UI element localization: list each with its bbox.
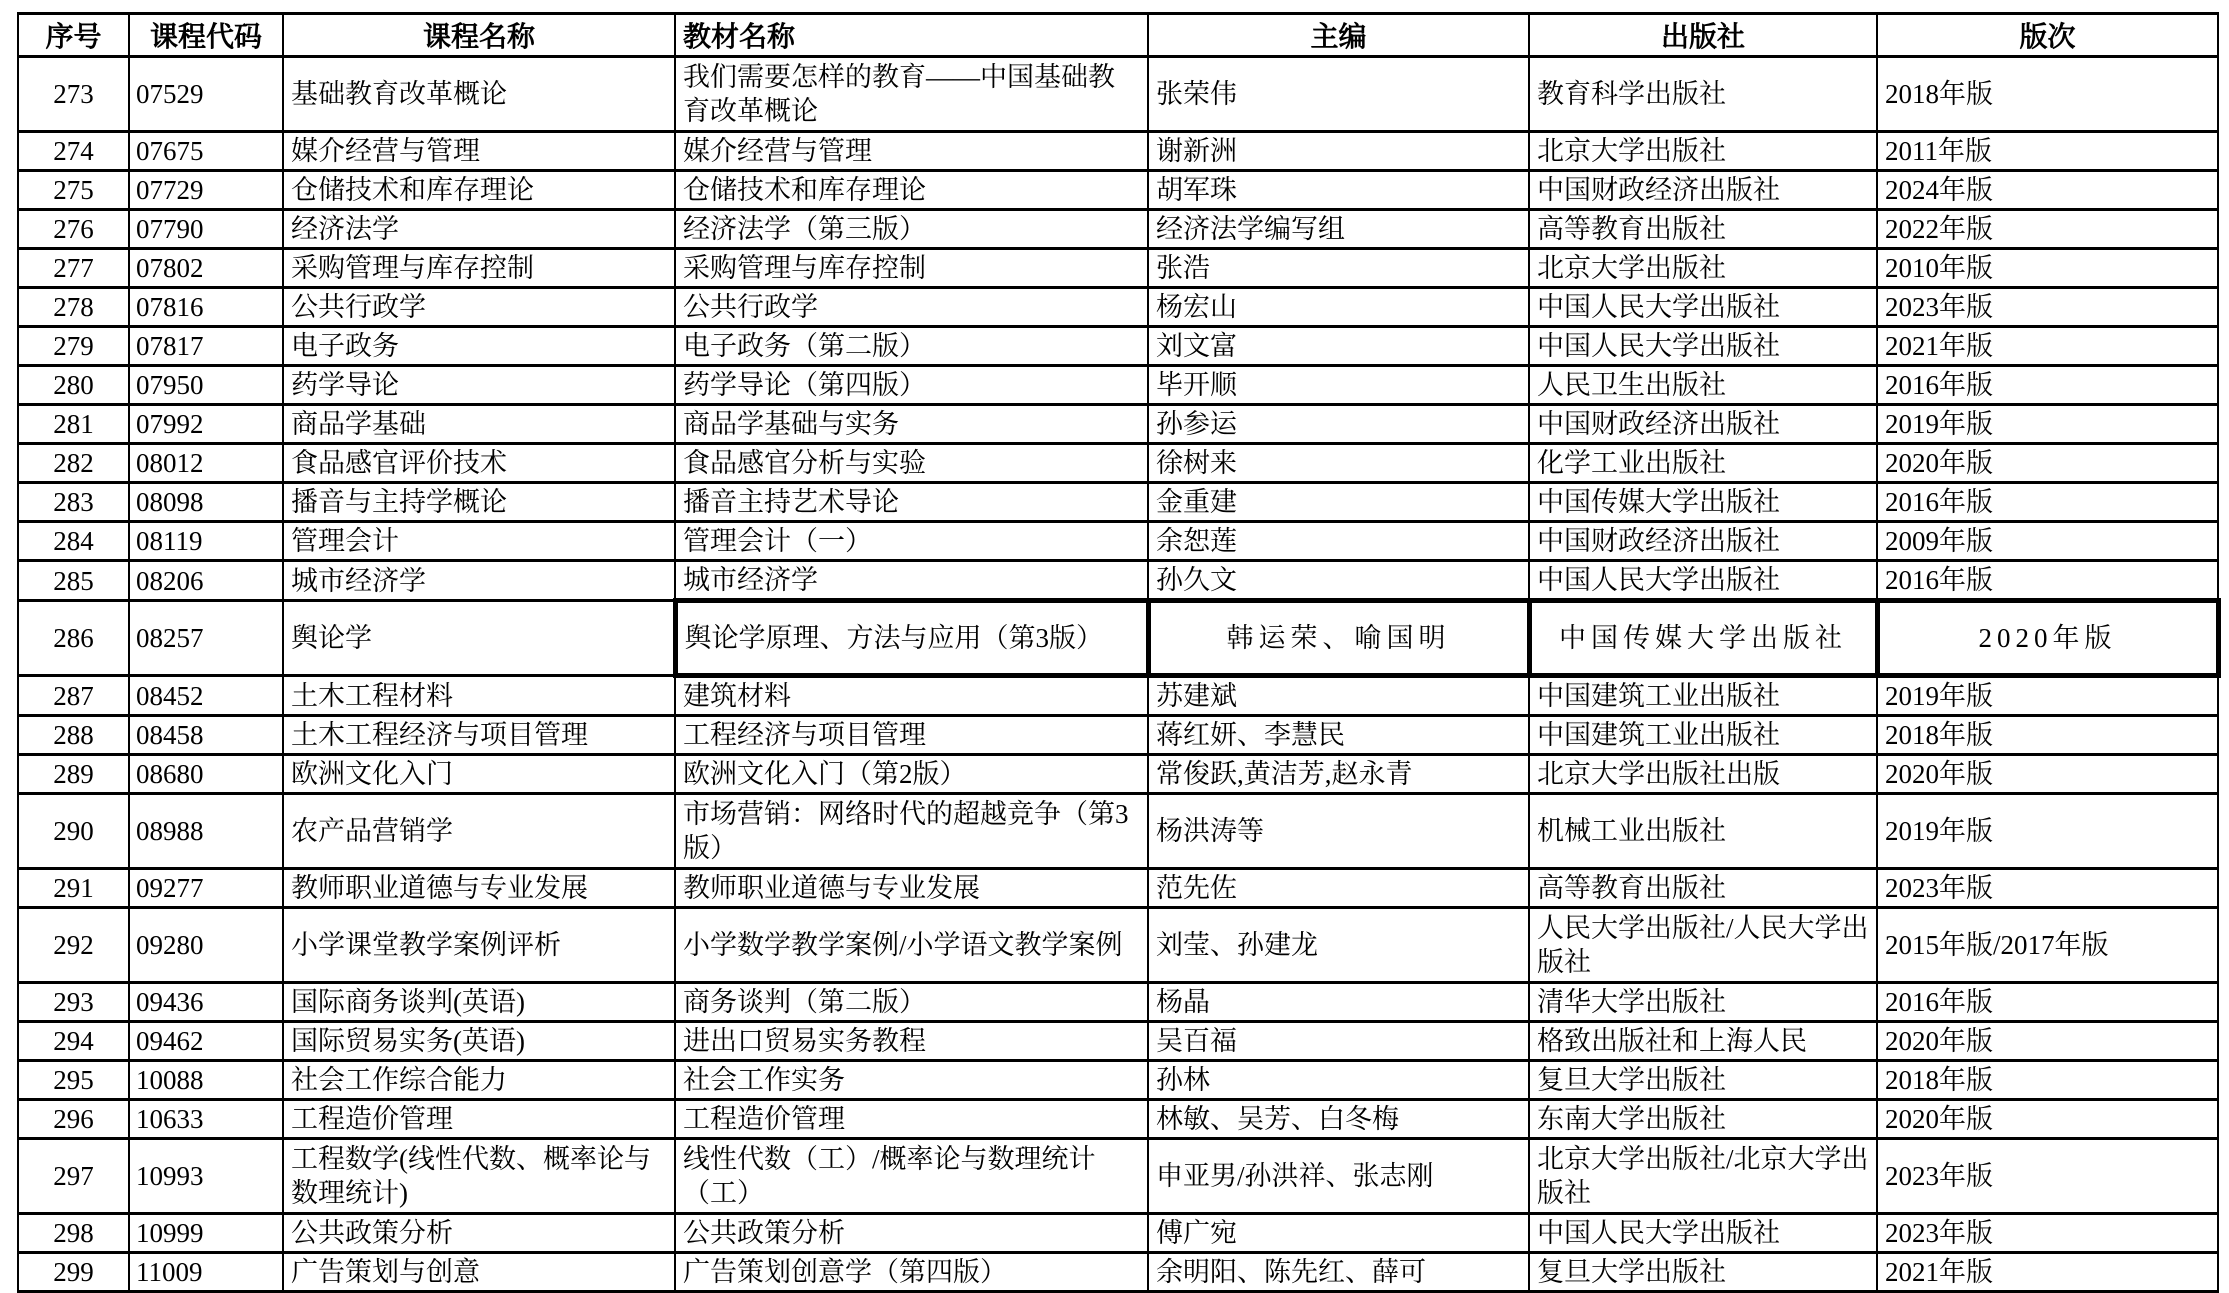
cell-edition: 2019年版 [1877,676,2218,716]
cell-textbook: 欧洲文化入门（第2版） [675,755,1148,794]
cell-course: 国际贸易实务(英语) [283,1022,675,1061]
table-row: 27907817电子政务电子政务（第二版）刘文富中国人民大学出版社2021年版 [18,327,2218,366]
cell-edition: 2010年版 [1877,249,2218,288]
table-row: 28908680欧洲文化入门欧洲文化入门（第2版）常俊跃,黄洁芳,赵永青北京大学… [18,755,2218,794]
table-row: 28007950药学导论药学导论（第四版）毕开顺人民卫生出版社2016年版 [18,366,2218,405]
table-row: 29610633工程造价管理工程造价管理林敏、吴芳、白冬梅东南大学出版社2020… [18,1100,2218,1139]
cell-course: 经济法学 [283,210,675,249]
cell-edition: 2016年版 [1877,483,2218,522]
cell-code: 07790 [129,210,283,249]
cell-textbook: 管理会计（一） [675,522,1148,561]
cell-textbook: 药学导论（第四版） [675,366,1148,405]
cell-publisher: 北京大学出版社/北京大学出版社 [1529,1139,1877,1214]
cell-editor: 徐树来 [1148,444,1529,483]
cell-no: 287 [18,676,129,716]
cell-edition: 2023年版 [1877,869,2218,908]
cell-no: 284 [18,522,129,561]
cell-publisher: 中国建筑工业出版社 [1529,676,1877,716]
table-row: 27807816公共行政学公共行政学杨宏山中国人民大学出版社2023年版 [18,288,2218,327]
table-row: 29109277教师职业道德与专业发展教师职业道德与专业发展范先佐高等教育出版社… [18,869,2218,908]
cell-edition: 2023年版 [1877,1139,2218,1214]
cell-textbook: 教师职业道德与专业发展 [675,869,1148,908]
cell-code: 09436 [129,983,283,1022]
cell-no: 289 [18,755,129,794]
cell-no: 280 [18,366,129,405]
cell-code: 07817 [129,327,283,366]
cell-course: 舆论学 [283,601,675,676]
cell-publisher: 复旦大学出版社 [1529,1253,1877,1274]
cell-no: 281 [18,405,129,444]
cell-code: 07992 [129,405,283,444]
cell-course: 国际商务谈判(英语) [283,983,675,1022]
cell-publisher: 中国人民大学出版社 [1529,327,1877,366]
cell-textbook: 线性代数（工）/概率论与数理统计（工） [675,1139,1148,1214]
cell-editor: 胡军珠 [1148,171,1529,210]
cell-no: 291 [18,869,129,908]
cell-editor: 刘莹、孙建龙 [1148,908,1529,983]
cell-no: 274 [18,132,129,171]
cell-code: 11009 [129,1253,283,1274]
cell-publisher: 高等教育出版社 [1529,869,1877,908]
cell-textbook: 市场营销：网络时代的超越竞争（第3版） [675,794,1148,869]
cell-no: 290 [18,794,129,869]
cell-editor: 吴百福 [1148,1022,1529,1061]
cell-course: 食品感官评价技术 [283,444,675,483]
cell-publisher: 中国财政经济出版社 [1529,522,1877,561]
cell-code: 08206 [129,561,283,601]
cell-editor: 毕开顺 [1148,366,1529,405]
cell-code: 08458 [129,716,283,755]
table-row: 29209280小学课堂教学案例评析小学数学教学案例/小学语文教学案例刘莹、孙建… [18,908,2218,983]
cell-publisher: 北京大学出版社 [1529,132,1877,171]
cell-edition: 2020年版 [1877,1022,2218,1061]
cell-course: 电子政务 [283,327,675,366]
cell-edition: 2011年版 [1877,132,2218,171]
cell-no: 276 [18,210,129,249]
cell-editor: 韩运荣、喻国明 [1148,601,1529,676]
cell-editor: 谢新洲 [1148,132,1529,171]
cell-publisher: 清华大学出版社 [1529,983,1877,1022]
cell-textbook: 舆论学原理、方法与应用（第3版） [675,601,1148,676]
cell-code: 09277 [129,869,283,908]
table-row: 28708452土木工程材料建筑材料苏建斌中国建筑工业出版社2019年版 [18,676,2218,716]
cell-editor: 余恕莲 [1148,522,1529,561]
cell-editor: 张浩 [1148,249,1529,288]
cell-textbook: 经济法学（第三版） [675,210,1148,249]
table-row: 29911009广告策划与创意广告策划创意学（第四版）余明阳、陈先红、薛可复旦大… [18,1253,2218,1274]
table-header: 序号课程代码课程名称教材名称主编出版社版次 [18,14,2218,57]
cell-edition: 2020年版 [1877,1100,2218,1139]
cell-edition: 2019年版 [1877,794,2218,869]
cell-edition: 2020年版 [1877,444,2218,483]
cell-course: 管理会计 [283,522,675,561]
table-row: 29810999公共政策分析公共政策分析傅广宛中国人民大学出版社2023年版 [18,1214,2218,1253]
cell-edition: 2016年版 [1877,561,2218,601]
cell-course: 城市经济学 [283,561,675,601]
cell-publisher: 北京大学出版社 [1529,249,1877,288]
cell-textbook: 城市经济学 [675,561,1148,601]
cell-editor: 孙参运 [1148,405,1529,444]
cell-no: 283 [18,483,129,522]
cell-code: 08452 [129,676,283,716]
cell-code: 07729 [129,171,283,210]
header-cell-edition: 版次 [1877,14,2218,57]
table-row: 29309436国际商务谈判(英语)商务谈判（第二版）杨晶清华大学出版社2016… [18,983,2218,1022]
cell-course: 土木工程经济与项目管理 [283,716,675,755]
table-row: 28408119管理会计管理会计（一）余恕莲中国财政经济出版社2009年版 [18,522,2218,561]
header-cell-code: 课程代码 [129,14,283,57]
cell-textbook: 仓储技术和库存理论 [675,171,1148,210]
cell-textbook: 媒介经营与管理 [675,132,1148,171]
cell-course: 工程造价管理 [283,1100,675,1139]
cell-code: 08680 [129,755,283,794]
table-row: 28208012食品感官评价技术食品感官分析与实验徐树来化学工业出版社2020年… [18,444,2218,483]
header-cell-publisher: 出版社 [1529,14,1877,57]
cell-textbook: 播音主持艺术导论 [675,483,1148,522]
table-row: 27707802采购管理与库存控制采购管理与库存控制张浩北京大学出版社2010年… [18,249,2218,288]
cell-course: 仓储技术和库存理论 [283,171,675,210]
cell-no: 273 [18,57,129,132]
cell-editor: 余明阳、陈先红、薛可 [1148,1253,1529,1274]
cell-course: 广告策划与创意 [283,1253,675,1274]
cell-publisher: 中国财政经济出版社 [1529,171,1877,210]
cell-no: 288 [18,716,129,755]
cell-publisher: 中国财政经济出版社 [1529,405,1877,444]
cell-edition: 2023年版 [1877,288,2218,327]
cell-code: 08257 [129,601,283,676]
cell-publisher: 中国人民大学出版社 [1529,561,1877,601]
cell-textbook: 电子政务（第二版） [675,327,1148,366]
cell-course: 药学导论 [283,366,675,405]
cell-edition: 2018年版 [1877,57,2218,132]
cell-editor: 申亚男/孙洪祥、张志刚 [1148,1139,1529,1214]
header-cell-editor: 主编 [1148,14,1529,57]
cell-publisher: 中国传媒大学出版社 [1529,601,1877,676]
cell-editor: 金重建 [1148,483,1529,522]
table-row: 27607790经济法学经济法学（第三版）经济法学编写组高等教育出版社2022年… [18,210,2218,249]
header-cell-no: 序号 [18,14,129,57]
cell-course: 小学课堂教学案例评析 [283,908,675,983]
cell-code: 09280 [129,908,283,983]
cell-no: 293 [18,983,129,1022]
cell-code: 08012 [129,444,283,483]
cell-publisher: 人民大学出版社/人民大学出版社 [1529,908,1877,983]
table-row: 28808458土木工程经济与项目管理工程经济与项目管理蒋红妍、李慧民中国建筑工… [18,716,2218,755]
cell-editor: 杨宏山 [1148,288,1529,327]
cell-code: 10993 [129,1139,283,1214]
cell-no: 279 [18,327,129,366]
cell-publisher: 北京大学出版社出版 [1529,755,1877,794]
cell-textbook: 进出口贸易实务教程 [675,1022,1148,1061]
cell-publisher: 高等教育出版社 [1529,210,1877,249]
table-row: 29409462国际贸易实务(英语)进出口贸易实务教程吴百福格致出版社和上海人民… [18,1022,2218,1061]
selected-table-row: 28608257舆论学舆论学原理、方法与应用（第3版）韩运荣、喻国明中国传媒大学… [18,601,2218,676]
cell-course: 工程数学(线性代数、概率论与数理统计) [283,1139,675,1214]
cell-code: 08988 [129,794,283,869]
cell-edition: 2016年版 [1877,983,2218,1022]
cell-publisher: 中国传媒大学出版社 [1529,483,1877,522]
cell-textbook: 工程造价管理 [675,1100,1148,1139]
table-row: 29710993工程数学(线性代数、概率论与数理统计)线性代数（工）/概率论与数… [18,1139,2218,1214]
cell-edition: 2024年版 [1877,171,2218,210]
cell-textbook: 商品学基础与实务 [675,405,1148,444]
cell-course: 教师职业道德与专业发展 [283,869,675,908]
cell-textbook: 工程经济与项目管理 [675,716,1148,755]
cell-no: 295 [18,1061,129,1100]
table-row: 28107992商品学基础商品学基础与实务孙参运中国财政经济出版社2019年版 [18,405,2218,444]
cell-editor: 经济法学编写组 [1148,210,1529,249]
cell-textbook: 社会工作实务 [675,1061,1148,1100]
cell-code: 10999 [129,1214,283,1253]
cell-edition: 2021年版 [1877,1253,2218,1274]
cell-edition: 2018年版 [1877,716,2218,755]
cell-course: 欧洲文化入门 [283,755,675,794]
cell-code: 07802 [129,249,283,288]
cell-publisher: 教育科学出版社 [1529,57,1877,132]
cell-textbook: 我们需要怎样的教育——中国基础教育改革概论 [675,57,1148,132]
table-row: 29008988农产品营销学市场营销：网络时代的超越竞争（第3版）杨洪涛等机械工… [18,794,2218,869]
cell-code: 07529 [129,57,283,132]
cell-edition: 2009年版 [1877,522,2218,561]
cell-no: 297 [18,1139,129,1214]
cell-textbook: 食品感官分析与实验 [675,444,1148,483]
cell-no: 277 [18,249,129,288]
cell-editor: 杨晶 [1148,983,1529,1022]
cell-publisher: 中国人民大学出版社 [1529,288,1877,327]
cell-course: 商品学基础 [283,405,675,444]
cell-edition: 2021年版 [1877,327,2218,366]
cell-edition: 2022年版 [1877,210,2218,249]
header-row: 序号课程代码课程名称教材名称主编出版社版次 [18,14,2218,57]
cell-code: 08098 [129,483,283,522]
cell-publisher: 机械工业出版社 [1529,794,1877,869]
cell-editor: 常俊跃,黄洁芳,赵永青 [1148,755,1529,794]
cell-no: 299 [18,1253,129,1274]
cell-textbook: 公共政策分析 [675,1214,1148,1253]
cell-editor: 张荣伟 [1148,57,1529,132]
cell-code: 10088 [129,1061,283,1100]
cell-no: 294 [18,1022,129,1061]
cell-course: 采购管理与库存控制 [283,249,675,288]
cell-editor: 林敏、吴芳、白冬梅 [1148,1100,1529,1139]
cell-edition: 2016年版 [1877,366,2218,405]
table-row: 28308098播音与主持学概论播音主持艺术导论金重建中国传媒大学出版社2016… [18,483,2218,522]
cell-textbook: 商务谈判（第二版） [675,983,1148,1022]
cell-edition: 2019年版 [1877,405,2218,444]
table-row: 28508206城市经济学城市经济学孙久文中国人民大学出版社2016年版 [18,561,2218,601]
cell-edition: 2020年版 [1877,601,2218,676]
cell-editor: 孙林 [1148,1061,1529,1100]
header-cell-course: 课程名称 [283,14,675,57]
cell-editor: 傅广宛 [1148,1214,1529,1253]
header-cell-textbook: 教材名称 [675,14,1148,57]
cell-no: 292 [18,908,129,983]
cell-edition: 2023年版 [1877,1214,2218,1253]
cell-publisher: 东南大学出版社 [1529,1100,1877,1139]
cell-course: 播音与主持学概论 [283,483,675,522]
cell-code: 10633 [129,1100,283,1139]
cell-course: 公共政策分析 [283,1214,675,1253]
cell-course: 社会工作综合能力 [283,1061,675,1100]
cell-course: 土木工程材料 [283,676,675,716]
cell-no: 278 [18,288,129,327]
cell-course: 农产品营销学 [283,794,675,869]
table-row: 27407675媒介经营与管理媒介经营与管理谢新洲北京大学出版社2011年版 [18,132,2218,171]
cell-editor: 杨洪涛等 [1148,794,1529,869]
cell-code: 09462 [129,1022,283,1061]
cell-course: 媒介经营与管理 [283,132,675,171]
cell-textbook: 采购管理与库存控制 [675,249,1148,288]
cell-textbook: 建筑材料 [675,676,1148,716]
table-body: 27307529基础教育改革概论我们需要怎样的教育——中国基础教育改革概论张荣伟… [18,57,2218,1274]
cell-no: 296 [18,1100,129,1139]
table-row: 29510088社会工作综合能力社会工作实务孙林复旦大学出版社2018年版 [18,1061,2218,1100]
cell-edition: 2020年版 [1877,755,2218,794]
table-row: 27507729仓储技术和库存理论仓储技术和库存理论胡军珠中国财政经济出版社20… [18,171,2218,210]
cell-code: 07816 [129,288,283,327]
course-textbook-table-sheet: 序号课程代码课程名称教材名称主编出版社版次 27307529基础教育改革概论我们… [17,12,2221,1273]
cell-no: 282 [18,444,129,483]
cell-editor: 孙久文 [1148,561,1529,601]
cell-editor: 蒋红妍、李慧民 [1148,716,1529,755]
cell-publisher: 格致出版社和上海人民 [1529,1022,1877,1061]
cell-publisher: 中国人民大学出版社 [1529,1214,1877,1253]
cell-publisher: 中国建筑工业出版社 [1529,716,1877,755]
cell-editor: 刘文富 [1148,327,1529,366]
cell-textbook: 广告策划创意学（第四版） [675,1253,1148,1274]
table-row: 27307529基础教育改革概论我们需要怎样的教育——中国基础教育改革概论张荣伟… [18,57,2218,132]
cell-no: 285 [18,561,129,601]
cell-editor: 苏建斌 [1148,676,1529,716]
cell-editor: 范先佐 [1148,869,1529,908]
cell-no: 298 [18,1214,129,1253]
cell-publisher: 化学工业出版社 [1529,444,1877,483]
cell-edition: 2015年版/2017年版 [1877,908,2218,983]
cell-code: 07675 [129,132,283,171]
cell-code: 07950 [129,366,283,405]
course-textbook-table: 序号课程代码课程名称教材名称主编出版社版次 27307529基础教育改革概论我们… [17,12,2221,1273]
cell-course: 基础教育改革概论 [283,57,675,132]
cell-no: 286 [18,601,129,676]
cell-code: 08119 [129,522,283,561]
cell-publisher: 人民卫生出版社 [1529,366,1877,405]
cell-course: 公共行政学 [283,288,675,327]
cell-edition: 2018年版 [1877,1061,2218,1100]
cell-no: 275 [18,171,129,210]
cell-textbook: 小学数学教学案例/小学语文教学案例 [675,908,1148,983]
cell-textbook: 公共行政学 [675,288,1148,327]
cell-publisher: 复旦大学出版社 [1529,1061,1877,1100]
